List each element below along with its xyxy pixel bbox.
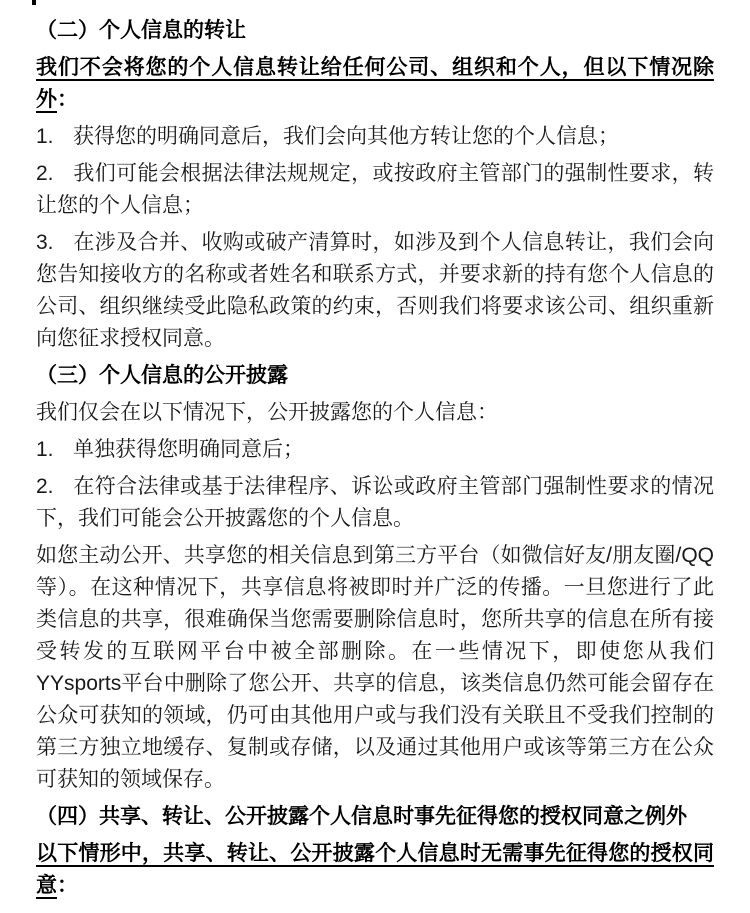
list-item-text: 在涉及合并、收购或破产清算时，如涉及到个人信息转让，我们会向您告知接收方的名称或…: [36, 231, 714, 350]
list-item-text: 在符合法律或基于法律程序、诉讼或政府主管部门强制性要求的情况下，我们可能会公开披…: [36, 475, 714, 530]
transfer-intro-underlined-text: 我们不会将您的个人信息转让给任何公司、组织和个人，但以下情况除外: [36, 56, 714, 111]
section-heading-public-disclosure: （三）个人信息的公开披露: [36, 360, 714, 392]
transfer-list-item-3: 3.在涉及合并、收购或破产清算时，如涉及到个人信息转让，我们会向您告知接收方的名…: [36, 227, 714, 355]
disclosure-sharing-paragraph: 如您主动公开、共享您的相关信息到第三方平台（如微信好友/朋友圈/QQ等）。在这种…: [36, 540, 714, 796]
list-item-text: 我们可能会根据法律法规规定，或按政府主管部门的强制性要求，转让您的个人信息；: [36, 162, 714, 217]
list-number: 3.: [36, 227, 73, 259]
privacy-policy-document[interactable]: （二）个人信息的转让 我们不会将您的个人信息转让给任何公司、组织和个人，但以下情…: [0, 0, 750, 913]
list-item-text: 获得您的明确同意后，我们会向其他方转让您的个人信息；: [73, 125, 619, 148]
disclosure-list-item-2: 2.在符合法律或基于法律程序、诉讼或政府主管部门强制性要求的情况下，我们可能会公…: [36, 471, 714, 535]
list-item-text: 单独获得您明确同意后；: [73, 438, 304, 461]
section-heading-consent-exceptions: （四）共享、转让、公开披露个人信息时事先征得您的授权同意之例外: [36, 801, 714, 833]
list-number: 2.: [36, 158, 73, 190]
list-number: 1.: [36, 121, 73, 153]
transfer-list-item-1: 1.获得您的明确同意后，我们会向其他方转让您的个人信息；: [36, 121, 714, 153]
transfer-intro-statement: 我们不会将您的个人信息转让给任何公司、组织和个人，但以下情况除外：: [36, 52, 714, 116]
list-number: 1.: [36, 434, 73, 466]
transfer-list-item-2: 2.我们可能会根据法律法规规定，或按政府主管部门的强制性要求，转让您的个人信息；: [36, 158, 714, 222]
list-number: 2.: [36, 471, 73, 503]
disclosure-list-item-1: 1.单独获得您明确同意后；: [36, 434, 714, 466]
consent-exceptions-colon: ：: [57, 874, 78, 897]
consent-exceptions-underlined-text: 以下情形中，共享、转让、公开披露个人信息时无需事先征得您的授权同意: [36, 842, 714, 897]
privacy-policy-page: （二）个人信息的转让 我们不会将您的个人信息转让给任何公司、组织和个人，但以下情…: [0, 0, 750, 913]
disclosure-intro: 我们仅会在以下情况下，公开披露您的个人信息：: [36, 397, 714, 429]
consent-exceptions-intro: 以下情形中，共享、转让、公开披露个人信息时无需事先征得您的授权同意：: [36, 838, 714, 902]
section-heading-transfer: （二）个人信息的转让: [36, 15, 714, 47]
transfer-intro-colon: ：: [57, 88, 78, 111]
